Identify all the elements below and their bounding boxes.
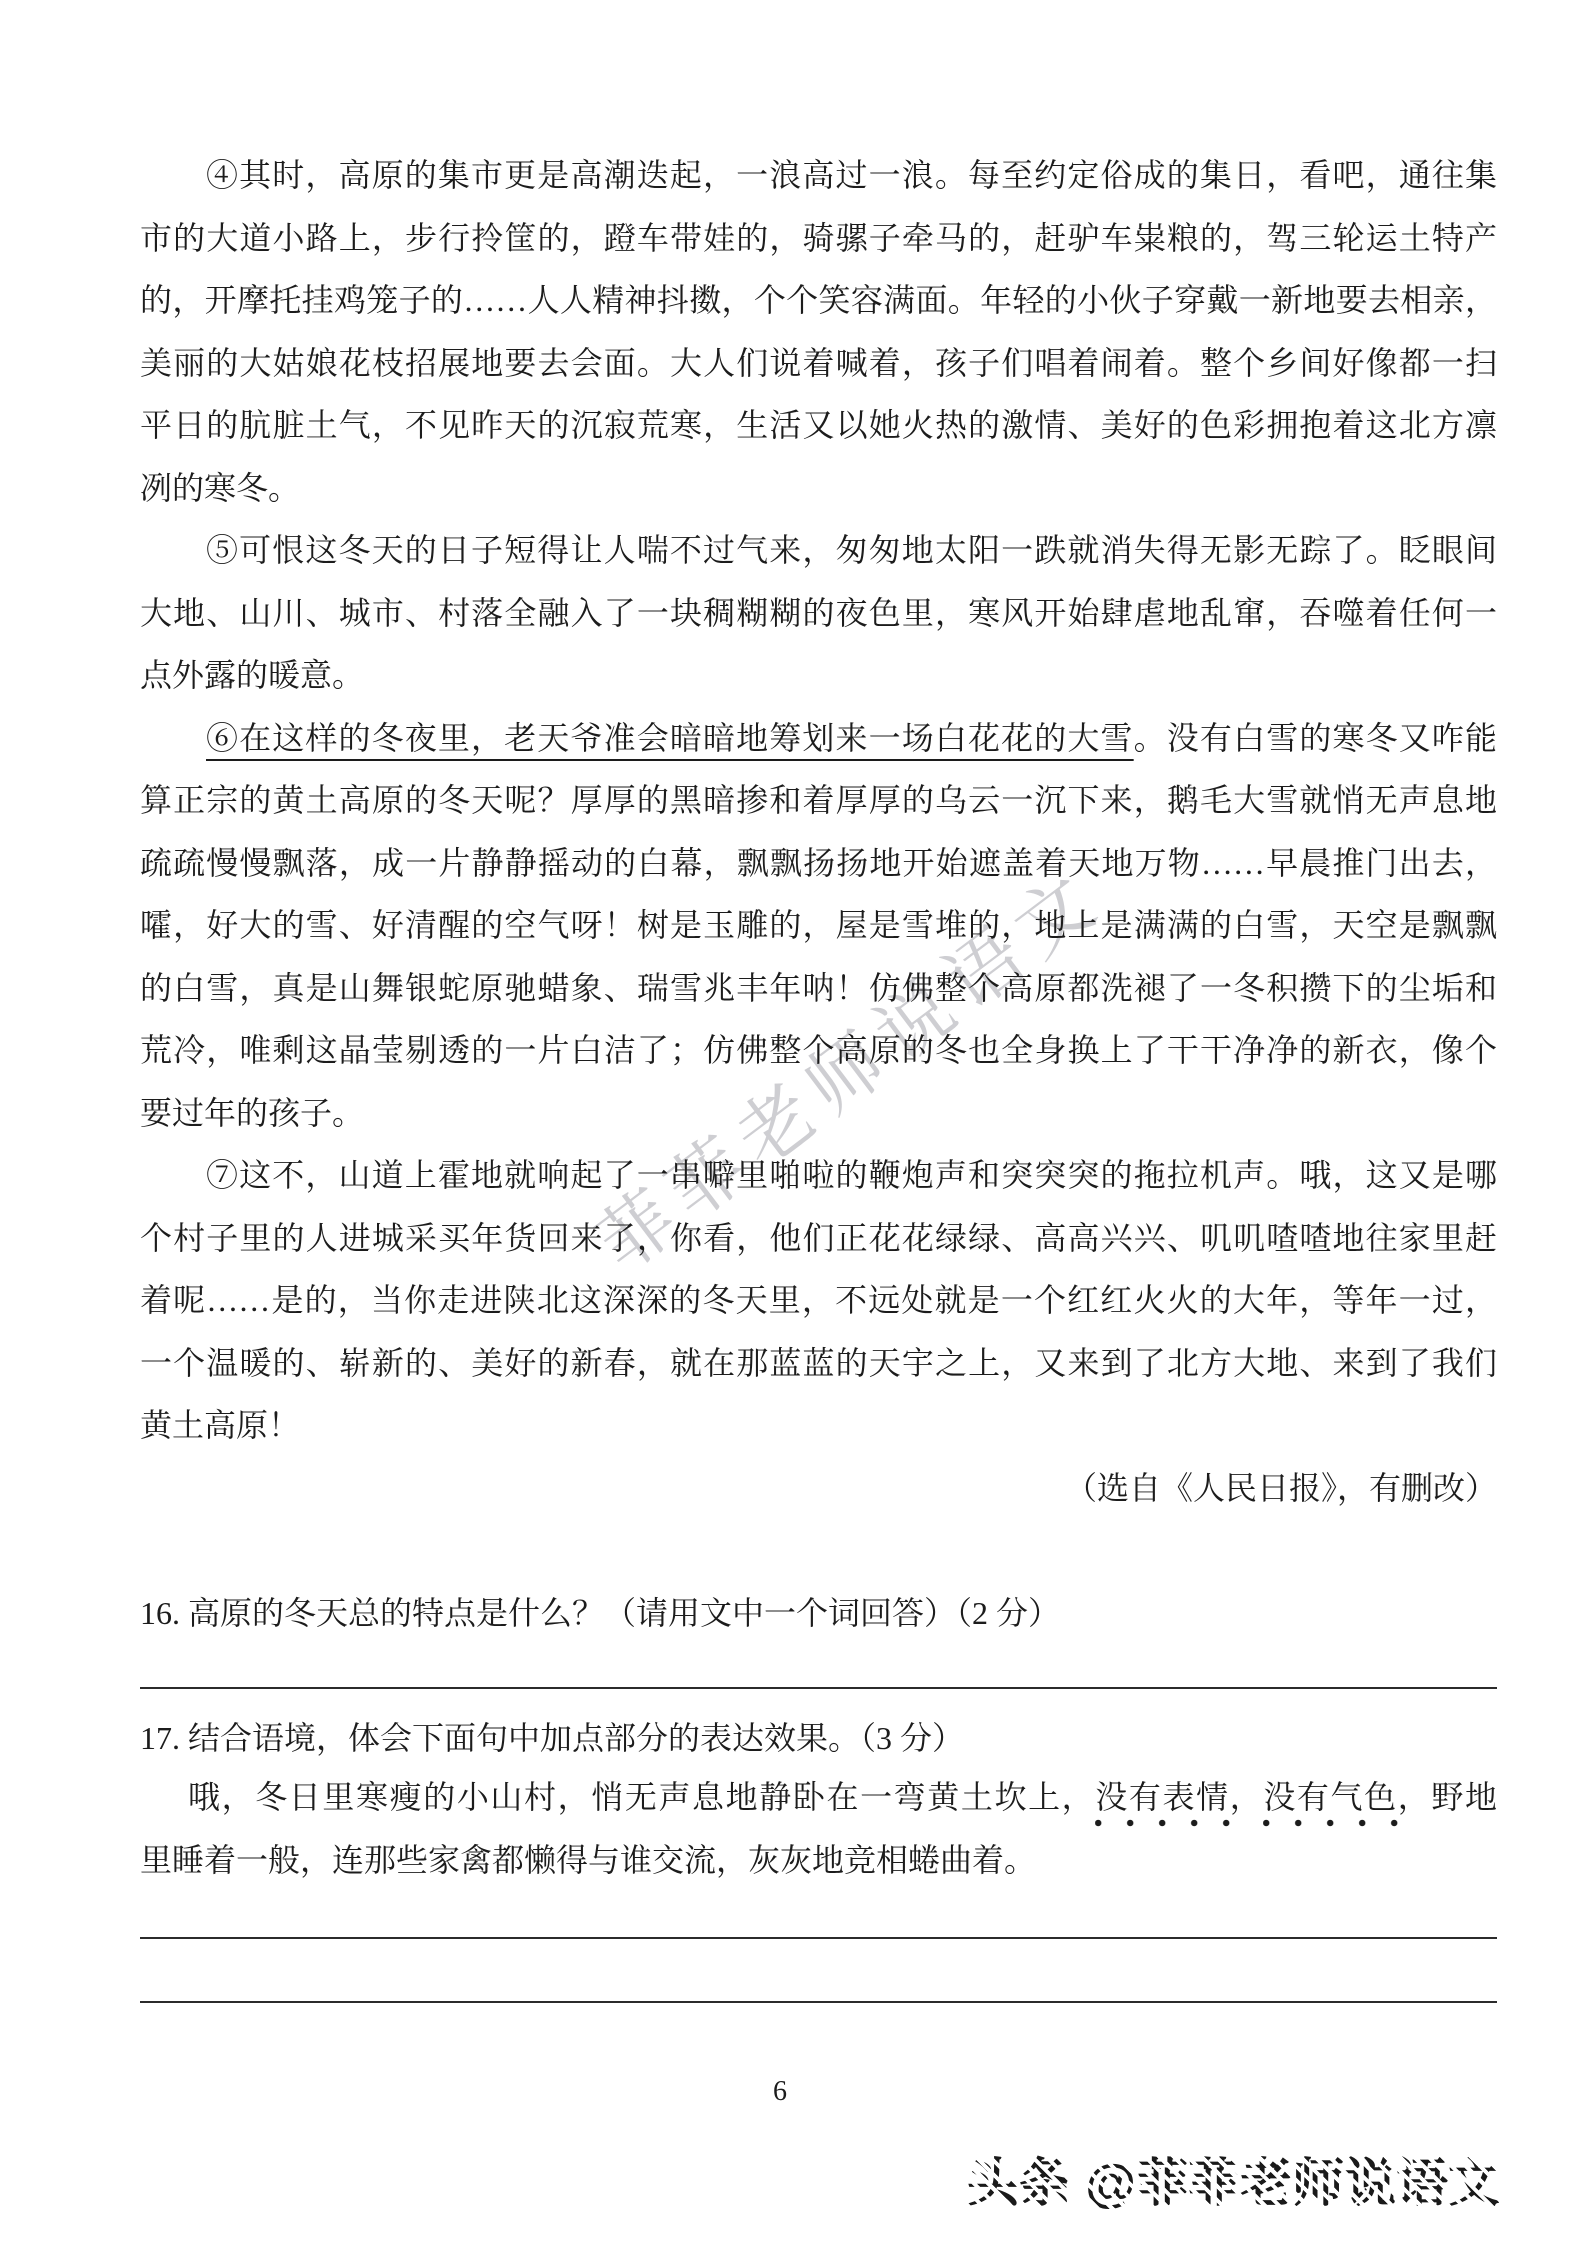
text-segment: 。没有白雪的寒冬又咋能 (1134, 720, 1497, 756)
passage-line: 疏疏慢慢飘落，成一片静静摇动的白幕，飘飘扬扬地开始遮盖着天地万物……早晨推门出去… (140, 832, 1497, 895)
question-16: 16. 高原的冬天总的特点是什么？（请用文中一个词回答）（2 分） (140, 1588, 1497, 1638)
text-segment: 荒冷，唯剩这晶莹剔透的一片白洁了；仿佛整个高原的冬也全身换上了干干净净的新衣，像… (140, 1032, 1497, 1068)
answer-line-2 (140, 1937, 1497, 1939)
passage-line: ④其时，高原的集市更是高潮迭起，一浪高过一浪。每至约定俗成的集日，看吧，通往集 (140, 144, 1497, 207)
question-17: 17. 结合语境，体会下面句中加点部分的表达效果。（3 分） (140, 1713, 1497, 1763)
text-segment: 个村子里的人进城采买年货回来了，你看，他们正花花绿绿、高高兴兴、叽叽喳喳地往家里… (140, 1220, 1497, 1256)
passage-line: 要过年的孩子。 (140, 1082, 1497, 1145)
text-segment: 嚯，好大的雪、好清醒的空气呀！树是玉雕的，屋是雪堆的，地上是满满的白雪，天空是飘… (140, 907, 1497, 943)
text-segment: ⑤可恨这冬天的日子短得让人喘不过气来，匆匆地太阳一跌就消失得无影无踪了。眨眼间 (206, 532, 1497, 568)
text-segment: 哦，冬日里寒瘦的小山村，悄无声息地静卧在一弯黄土坎上， (188, 1779, 1095, 1815)
text-segment: 算正宗的黄土高原的冬天呢？厚厚的黑暗掺和着厚厚的乌云一沉下来，鹅毛大雪就悄无声息… (140, 782, 1497, 818)
exam-paper-page: 菲菲老师说语文 ④其时，高原的集市更是高潮迭起，一浪高过一浪。每至约定俗成的集日… (0, 0, 1587, 2245)
text-segment: ，野地 (1398, 1779, 1497, 1815)
passage-line: 市的大道小路上，步行拎筐的，蹬车带娃的，骑骡子牵马的，赶驴车粜粮的，驾三轮运土特… (140, 207, 1497, 270)
text-segment: 里睡着一般，连那些家禽都懒得与谁交流，灰灰地竞相蜷曲着。 (140, 1842, 1036, 1878)
text-segment: ⑦这不，山道上霍地就响起了一串噼里啪啦的鞭炮声和突突突的拖拉机声。哦，这又是哪 (206, 1157, 1497, 1193)
passage-line: 黄土高原！ (140, 1394, 1497, 1457)
passage-line: ⑥在这样的冬夜里，老天爷准会暗暗地筹划来一场白花花的大雪。没有白雪的寒冬又咋能 (140, 707, 1497, 770)
text-segment: 的，开摩托挂鸡笼子的……人人精神抖擞，个个笑容满面。年轻的小伙子穿戴一新地要去相… (140, 282, 1497, 318)
text-segment: 点外露的暖意。 (140, 657, 364, 693)
answer-line-1 (140, 1687, 1497, 1689)
text-segment: 美丽的大姑娘花枝招展地要去会面。大人们说着喊着，孩子们唱着闹着。整个乡间好像都一… (140, 345, 1497, 381)
passage-line: 大地、山川、城市、村落全融入了一块稠糊糊的夜色里，寒风开始肆虐地乱窜，吞噬着任何… (140, 582, 1497, 645)
passage-line: 平日的肮脏土气，不见昨天的沉寂荒寒，生活又以她火热的激情、美好的色彩拥抱着这北方… (140, 394, 1497, 457)
answer-line-3 (140, 2001, 1497, 2003)
page-number: 6 (0, 2072, 1560, 2112)
passage-line: 美丽的大姑娘花枝招展地要去会面。大人们说着喊着，孩子们唱着闹着。整个乡间好像都一… (140, 332, 1497, 395)
passage-line: 着呢……是的，当你走进陕北这深深的冬天里，不远处就是一个红红火火的大年，等年一过… (140, 1269, 1497, 1332)
emphasis-dotted-text: 没有气色 (1263, 1779, 1397, 1828)
passage-line: 算正宗的黄土高原的冬天呢？厚厚的黑暗掺和着厚厚的乌云一沉下来，鹅毛大雪就悄无声息… (140, 769, 1497, 832)
quote-line: 里睡着一般，连那些家禽都懒得与谁交流，灰灰地竞相蜷曲着。 (140, 1829, 1497, 1892)
passage-line: 嚯，好大的雪、好清醒的空气呀！树是玉雕的，屋是雪堆的，地上是满满的白雪，天空是飘… (140, 894, 1497, 957)
text-segment: 疏疏慢慢飘落，成一片静静摇动的白幕，飘飘扬扬地开始遮盖着天地万物……早晨推门出去… (140, 845, 1497, 881)
passage-line: 个村子里的人进城采买年货回来了，你看，他们正花花绿绿、高高兴兴、叽叽喳喳地往家里… (140, 1207, 1497, 1270)
passage-line: ⑤可恨这冬天的日子短得让人喘不过气来，匆匆地太阳一跌就消失得无影无踪了。眨眼间 (140, 519, 1497, 582)
underlined-sentence: ⑥在这样的冬夜里，老天爷准会暗暗地筹划来一场白花花的大雪 (206, 720, 1134, 756)
passage-line: ⑦这不，山道上霍地就响起了一串噼里啪啦的鞭炮声和突突突的拖拉机声。哦，这又是哪 (140, 1144, 1497, 1207)
text-segment: 的白雪，真是山舞银蛇原驰蜡象、瑞雪兆丰年呐！仿佛整个高原都洗褪了一冬积攒下的尘垢… (140, 970, 1497, 1006)
bottom-watermark-text: 头条 @菲菲老师说语文 (967, 2155, 1500, 2213)
text-segment: 冽的寒冬。 (140, 470, 300, 506)
reading-passage: ④其时，高原的集市更是高潮迭起，一浪高过一浪。每至约定俗成的集日，看吧，通往集市… (140, 144, 1497, 1519)
text-segment: 市的大道小路上，步行拎筐的，蹬车带娃的，骑骡子牵马的，赶驴车粜粮的，驾三轮运土特… (140, 220, 1497, 256)
text-segment: 一个温暖的、崭新的、美好的新春，就在那蓝蓝的天宇之上，又来到了北方大地、来到了我… (140, 1345, 1497, 1381)
text-segment: ④其时，高原的集市更是高潮迭起，一浪高过一浪。每至约定俗成的集日，看吧，通往集 (206, 157, 1497, 193)
citation-line: （选自《人民日报》，有删改） (140, 1457, 1497, 1520)
question-17-quote: 哦，冬日里寒瘦的小山村，悄无声息地静卧在一弯黄土坎上，没有表情，没有气色，野地里… (140, 1766, 1497, 1891)
passage-line: 的，开摩托挂鸡笼子的……人人精神抖擞，个个笑容满面。年轻的小伙子穿戴一新地要去相… (140, 269, 1497, 332)
passage-line: 冽的寒冬。 (140, 457, 1497, 520)
text-segment: ， (1230, 1779, 1264, 1815)
text-segment: 要过年的孩子。 (140, 1095, 364, 1131)
text-segment: 平日的肮脏土气，不见昨天的沉寂荒寒，生活又以她火热的激情、美好的色彩拥抱着这北方… (140, 407, 1497, 443)
text-segment: 大地、山川、城市、村落全融入了一块稠糊糊的夜色里，寒风开始肆虐地乱窜，吞噬着任何… (140, 595, 1497, 631)
passage-line: 一个温暖的、崭新的、美好的新春，就在那蓝蓝的天宇之上，又来到了北方大地、来到了我… (140, 1332, 1497, 1395)
quote-line: 哦，冬日里寒瘦的小山村，悄无声息地静卧在一弯黄土坎上，没有表情，没有气色，野地 (140, 1766, 1497, 1829)
text-segment: 黄土高原！ (140, 1407, 300, 1443)
passage-line: 荒冷，唯剩这晶莹剔透的一片白洁了；仿佛整个高原的冬也全身换上了干干净净的新衣，像… (140, 1019, 1497, 1082)
passage-line: 点外露的暖意。 (140, 644, 1497, 707)
text-segment: 着呢……是的，当你走进陕北这深深的冬天里，不远处就是一个红红火火的大年，等年一过… (140, 1282, 1497, 1318)
passage-line: 的白雪，真是山舞银蛇原驰蜡象、瑞雪兆丰年呐！仿佛整个高原都洗褪了一冬积攒下的尘垢… (140, 957, 1497, 1020)
emphasis-dotted-text: 没有表情 (1095, 1779, 1229, 1828)
text-segment: （选自《人民日报》，有删改） (1065, 1470, 1497, 1506)
bottom-watermark: 头条 @菲菲老师说语文 (967, 2152, 1500, 2216)
